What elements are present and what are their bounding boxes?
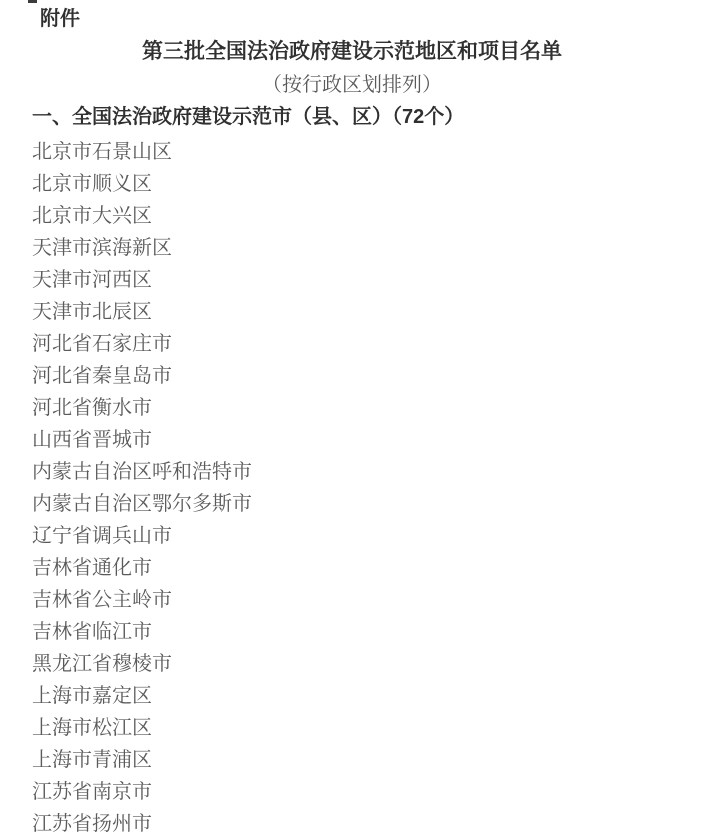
region-list-item: 上海市青浦区 (32, 744, 672, 776)
region-list: 北京市石景山区北京市顺义区北京市大兴区天津市滨海新区天津市河西区天津市北辰区河北… (32, 136, 672, 833)
page-edge-artifact (28, 0, 37, 3)
region-list-item: 北京市大兴区 (32, 200, 672, 232)
region-list-item: 河北省秦皇岛市 (32, 360, 672, 392)
attachment-label: 附件 (40, 0, 672, 32)
region-list-item: 河北省石家庄市 (32, 328, 672, 360)
region-list-item: 江苏省南京市 (32, 776, 672, 808)
region-list-item: 北京市顺义区 (32, 168, 672, 200)
document-page: 附件 第三批全国法治政府建设示范地区和项目名单 （按行政区划排列） 一、全国法治… (0, 0, 704, 833)
region-list-item: 上海市松江区 (32, 712, 672, 744)
region-list-item: 黑龙江省穆棱市 (32, 648, 672, 680)
region-list-item: 吉林省临江市 (32, 616, 672, 648)
region-list-item: 内蒙古自治区呼和浩特市 (32, 456, 672, 488)
region-list-item: 上海市嘉定区 (32, 680, 672, 712)
section-heading: 一、全国法治政府建设示范市（县、区）（72个） (32, 102, 672, 132)
region-list-item: 天津市河西区 (32, 264, 672, 296)
region-list-item: 天津市北辰区 (32, 296, 672, 328)
region-list-item: 北京市石景山区 (32, 136, 672, 168)
region-list-item: 吉林省公主岭市 (32, 584, 672, 616)
region-list-item: 天津市滨海新区 (32, 232, 672, 264)
document-subtitle: （按行政区划排列） (32, 70, 672, 100)
region-list-item: 辽宁省调兵山市 (32, 520, 672, 552)
region-list-item: 河北省衡水市 (32, 392, 672, 424)
region-list-item: 内蒙古自治区鄂尔多斯市 (32, 488, 672, 520)
region-list-item: 山西省晋城市 (32, 424, 672, 456)
document-title: 第三批全国法治政府建设示范地区和项目名单 (32, 37, 672, 67)
region-list-item: 吉林省通化市 (32, 552, 672, 584)
region-list-item: 江苏省扬州市 (32, 808, 672, 833)
